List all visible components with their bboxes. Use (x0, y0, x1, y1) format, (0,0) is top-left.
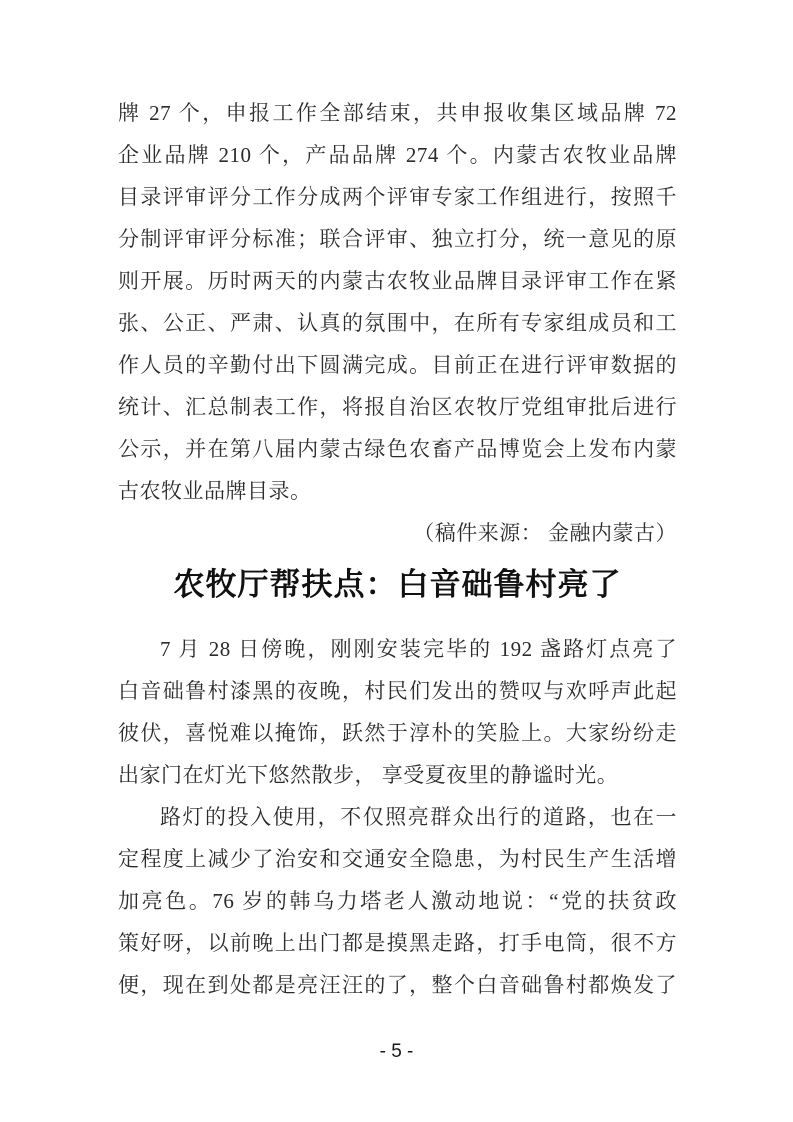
text-line: 分制评审评分标准；联合评审、独立打分，统一意见的原 (118, 218, 677, 260)
document-page: 牌 27 个，申报工作全部结束，共申报收集区域品牌 72 个，企业品牌 210 … (0, 0, 793, 1122)
text-line: 策好呀，以前晚上出门都是摸黑走路，打手电筒，很不方 (118, 922, 677, 964)
text-line: 目录评审评分工作分成两个评审专家工作组进行，按照千 (118, 176, 677, 218)
text-line: 7 月 28 日傍晚，刚刚安装完毕的 192 盏路灯点亮了 (118, 628, 677, 670)
text-line: 牌 27 个，申报工作全部结束，共申报收集区域品牌 72 个， (118, 92, 677, 134)
text-line: 白音础鲁村漆黑的夜晚，村民们发出的赞叹与欢呼声此起 (118, 670, 677, 712)
text-line: 企业品牌 210 个，产品品牌 274 个。内蒙古农牧业品牌 (118, 134, 677, 176)
text-line: 古农牧业品牌目录。 (118, 470, 677, 512)
section-heading: 农牧厅帮扶点：白音础鲁村亮了 (118, 558, 677, 612)
text-line: 出家门在灯光下悠然散步， 享受夏夜里的静谧时光。 (118, 754, 677, 796)
text-line: 则开展。历时两天的内蒙古农牧业品牌目录评审工作在紧 (118, 260, 677, 302)
text-line: 作人员的辛勤付出下圆满完成。目前正在进行评审数据的 (118, 344, 677, 386)
paragraph-streetlights-1: 7 月 28 日傍晚，刚刚安装完毕的 192 盏路灯点亮了白音础鲁村漆黑的夜晚，… (118, 628, 677, 796)
text-line: 定程度上减少了治安和交通安全隐患，为村民生产生活增 (118, 838, 677, 880)
text-line: 加亮色。76 岁的韩乌力塔老人激动地说：“党的扶贫政 (118, 880, 677, 922)
text-line: 路灯的投入使用，不仅照亮群众出行的道路，也在一 (118, 796, 677, 838)
text-line: 公示，并在第八届内蒙古绿色农畜产品博览会上发布内蒙 (118, 428, 677, 470)
page-number: - 5 - (0, 1040, 793, 1064)
text-line: 便，现在到处都是亮汪汪的了，整个白音础鲁村都焕发了 (118, 964, 677, 1006)
source-attribution: （稿件来源： 金融内蒙古） (118, 512, 677, 554)
text-line: 彼伏，喜悦难以掩饰，跃然于淳朴的笑脸上。大家纷纷走 (118, 712, 677, 754)
text-line: 统计、汇总制表工作，将报自治区农牧厅党组审批后进行 (118, 386, 677, 428)
paragraph-brand-catalog: 牌 27 个，申报工作全部结束，共申报收集区域品牌 72 个，企业品牌 210 … (118, 92, 677, 512)
paragraph-streetlights-2: 路灯的投入使用，不仅照亮群众出行的道路，也在一定程度上减少了治安和交通安全隐患，… (118, 796, 677, 1006)
document-body: 牌 27 个，申报工作全部结束，共申报收集区域品牌 72 个，企业品牌 210 … (118, 92, 677, 1006)
text-line: 张、公正、严肃、认真的氛围中，在所有专家组成员和工 (118, 302, 677, 344)
